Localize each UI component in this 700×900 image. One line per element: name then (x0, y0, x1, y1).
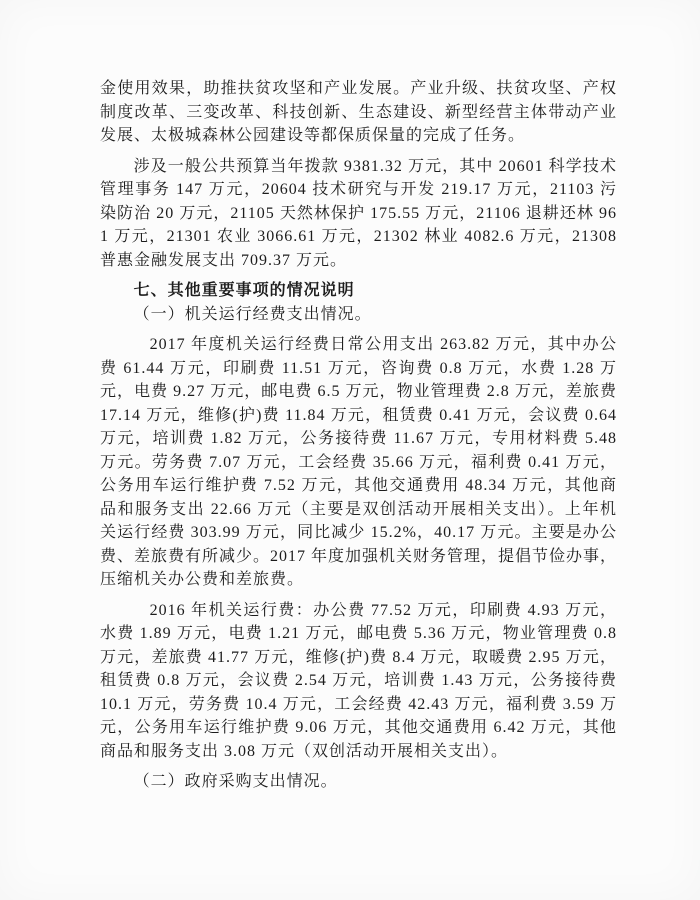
section-heading-seven-other-important-matters: 七、其他重要事项的情况说明 (100, 279, 617, 303)
paragraph-2017-operating-expenses-detail: 2017 年度机关运行经费日常公用支出 263.82 万元，其中办公费 61.4… (100, 333, 617, 592)
subsection-two-title-government-procurement: （二）政府采购支出情况。 (100, 770, 617, 794)
subsection-one-title-agency-operating-expenses: （一）机关运行经费支出情况。 (100, 303, 617, 327)
paragraph-2016-operating-expenses-detail: 2016 年机关运行费：办公费 77.52 万元，印刷费 4.93 万元，水费 … (100, 599, 617, 764)
paragraph-fund-performance-continued: 金使用效果，助推扶贫攻坚和产业发展。产业升级、扶贫攻坚、产权制度改革、三变改革、… (100, 77, 617, 148)
paragraph-general-budget-allocation: 涉及一般公共预算当年拨款 9381.32 万元，其中 20601 科学技术管理事… (100, 155, 617, 273)
document-page: 金使用效果，助推扶贫攻坚和产业发展。产业升级、扶贫攻坚、产权制度改革、三变改革、… (0, 0, 700, 900)
